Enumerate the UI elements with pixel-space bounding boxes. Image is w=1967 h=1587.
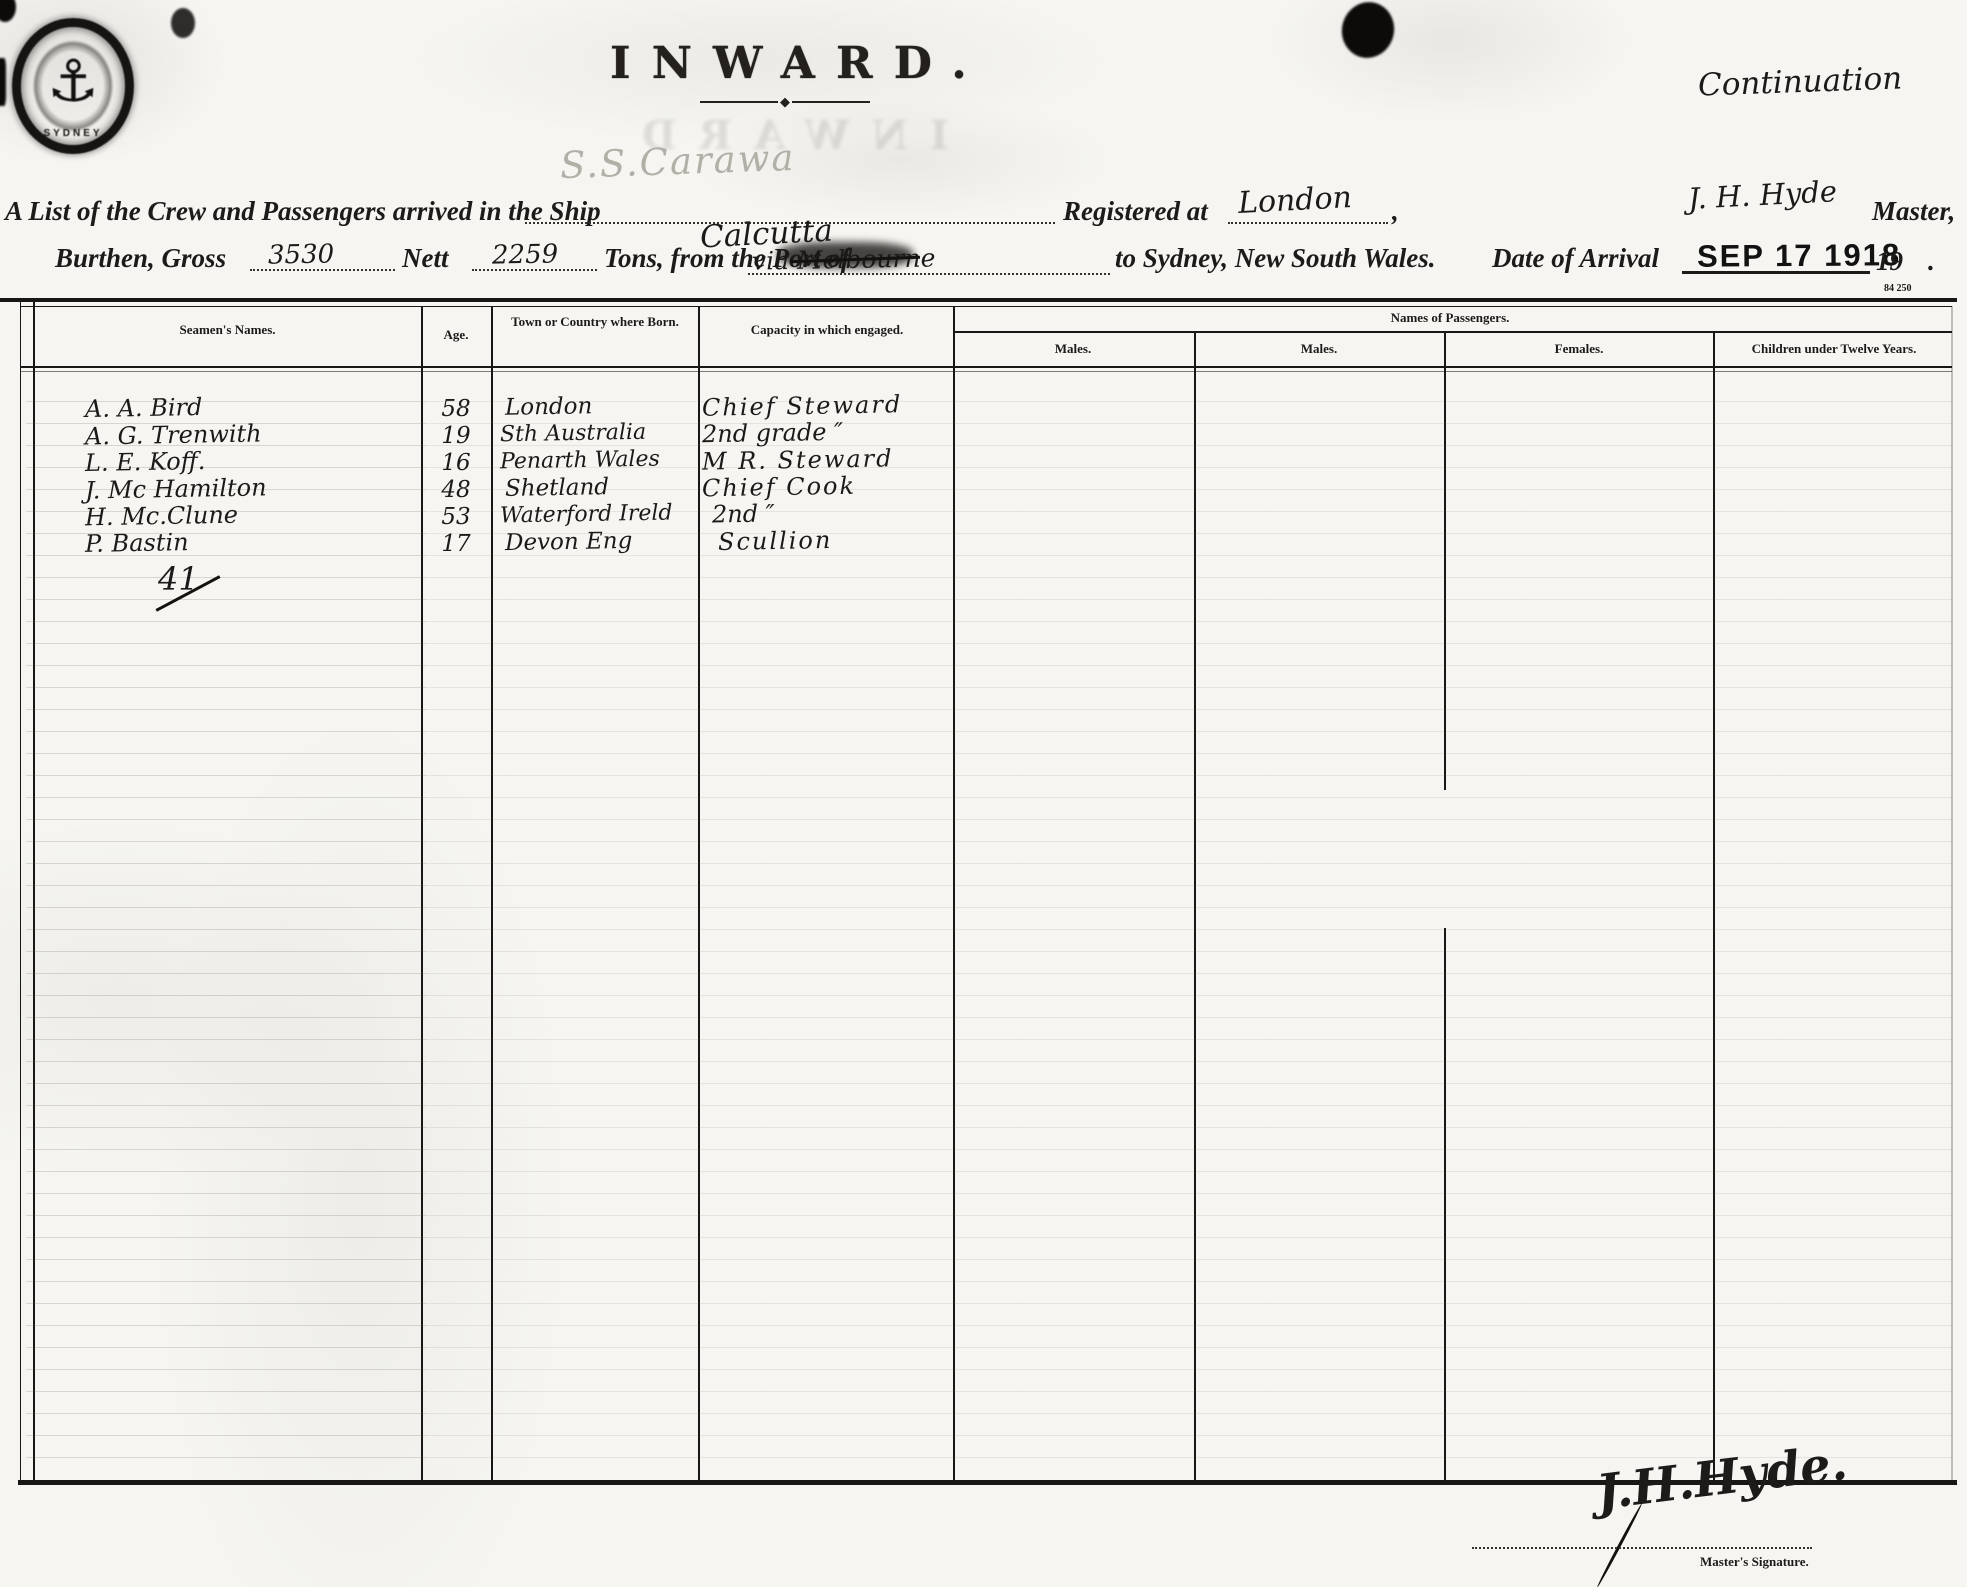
- destination-label: to Sydney, New South Wales.: [1115, 243, 1436, 274]
- crew-name: L. E. Koff.: [85, 447, 206, 477]
- crew-born: Sth Australia: [500, 420, 647, 448]
- scan-noise: [0, 0, 1967, 1587]
- ship-name-handwritten: S.S.Carawa: [559, 136, 796, 187]
- nett-label: Nett: [402, 243, 449, 274]
- crew-age: 19: [424, 423, 488, 449]
- col-line-children: [1713, 332, 1715, 1483]
- left-border-outer: [20, 300, 21, 1483]
- col-header-names: Seamen's Names.: [90, 322, 365, 338]
- crew-age: 58: [424, 396, 488, 422]
- crew-born: Shetland: [505, 474, 609, 502]
- crew-list-document: ⚓ SYDNEY INWARD. ◆ INWARD Continuation A…: [0, 0, 1967, 1587]
- ink-smudge: [778, 242, 913, 268]
- col-header-age: Age.: [424, 327, 488, 343]
- form-number: 84 250: [1884, 283, 1912, 296]
- col-line-females-upper: [1444, 332, 1446, 790]
- ink-blot: [171, 8, 195, 38]
- signature-line: [1472, 1546, 1812, 1549]
- crew-name: J. Mc Hamilton: [85, 473, 267, 504]
- col-header-females: Females.: [1454, 341, 1704, 357]
- ink-blot: [0, 58, 6, 106]
- year-prefix: 19: [1876, 246, 1903, 277]
- anchor-icon: ⚓: [47, 47, 99, 115]
- ledger-lines: [26, 380, 1952, 1478]
- arrival-label: Date of Arrival: [1492, 243, 1659, 274]
- signature-label: Master's Signature.: [1700, 1554, 1830, 1570]
- burthen-label: Burthen, Gross: [55, 243, 226, 274]
- col-header-males1: Males.: [963, 341, 1183, 357]
- col-line-females-lower: [1444, 928, 1446, 1483]
- crew-name: A. A. Bird: [85, 393, 203, 423]
- col-line-males1: [953, 306, 955, 1483]
- gross-tons-handwritten: 3530: [268, 239, 335, 270]
- table-top-rule: [0, 298, 1957, 302]
- crew-born: Waterford Ireld: [500, 500, 673, 528]
- right-border: [1951, 306, 1953, 1483]
- page-title: INWARD.: [610, 38, 988, 89]
- comma: ,: [1392, 196, 1399, 227]
- nett-tons-handwritten: 2259: [492, 239, 559, 270]
- crew-age: 16: [424, 450, 488, 476]
- crew-age: 53: [424, 504, 488, 530]
- header-bottom-rule-inner: [20, 371, 1952, 372]
- col-header-born: Town or Country where Born.: [510, 314, 680, 330]
- crew-capacity: Chief Cook: [702, 472, 856, 503]
- crew-capacity: 2nd grade ″: [702, 418, 843, 448]
- crew-age: 48: [424, 477, 488, 503]
- crew-born: Devon Eng: [505, 528, 633, 556]
- continuation-note: Continuation: [1697, 60, 1902, 103]
- crew-capacity: M R. Steward: [702, 444, 894, 475]
- header-bottom-rule: [20, 366, 1952, 368]
- shipping-department-seal: ⚓ SYDNEY: [12, 18, 134, 154]
- passengers-subdivider: [953, 331, 1952, 333]
- col-header-children: Children under Twelve Years.: [1720, 341, 1948, 357]
- diamond-ornament: ◆: [778, 94, 792, 110]
- title-divider: ◆: [700, 94, 870, 110]
- ink-blot: [0, 0, 16, 22]
- col-line-males2: [1194, 332, 1196, 1483]
- crew-capacity: 2nd ″: [712, 499, 775, 528]
- arrival-date-stamp: SEP 17 1918: [1697, 237, 1901, 274]
- left-border-inner: [33, 300, 35, 1483]
- registered-at-label: Registered at: [1063, 196, 1208, 227]
- col-line-age: [421, 306, 423, 1483]
- seal-bottom-text: SYDNEY: [21, 128, 125, 139]
- col-header-capacity: Capacity in which engaged.: [712, 322, 942, 338]
- master-name-handwritten: J. H. Hyde: [1687, 174, 1838, 216]
- crew-name: H. Mc.Clune: [85, 501, 238, 532]
- master-label: Master,: [1872, 196, 1955, 227]
- table-top-rule-inner: [20, 306, 1952, 307]
- crew-born: Penarth Wales: [500, 447, 660, 475]
- registered-at-line: [1228, 221, 1388, 224]
- col-line-born: [491, 306, 493, 1483]
- registered-at-handwritten: London: [1237, 180, 1353, 221]
- crew-born: London: [505, 393, 593, 421]
- crew-name: A. G. Trenwith: [85, 419, 262, 450]
- crew-name: P. Bastin: [85, 528, 189, 558]
- col-line-capacity: [698, 306, 700, 1483]
- col-header-males2: Males.: [1204, 341, 1434, 357]
- passengers-header: Names of Passengers.: [1250, 310, 1650, 326]
- crew-capacity: Chief Steward: [702, 390, 903, 421]
- master-signature-handwritten: J.H.Hyde.: [1594, 1435, 1851, 1521]
- ink-blot: [1336, 0, 1401, 64]
- period: .: [1928, 246, 1935, 277]
- line1-prefix: A List of the Crew and Passengers arrive…: [5, 196, 601, 227]
- crew-age: 17: [424, 531, 488, 557]
- crew-capacity: Scullion: [718, 526, 833, 556]
